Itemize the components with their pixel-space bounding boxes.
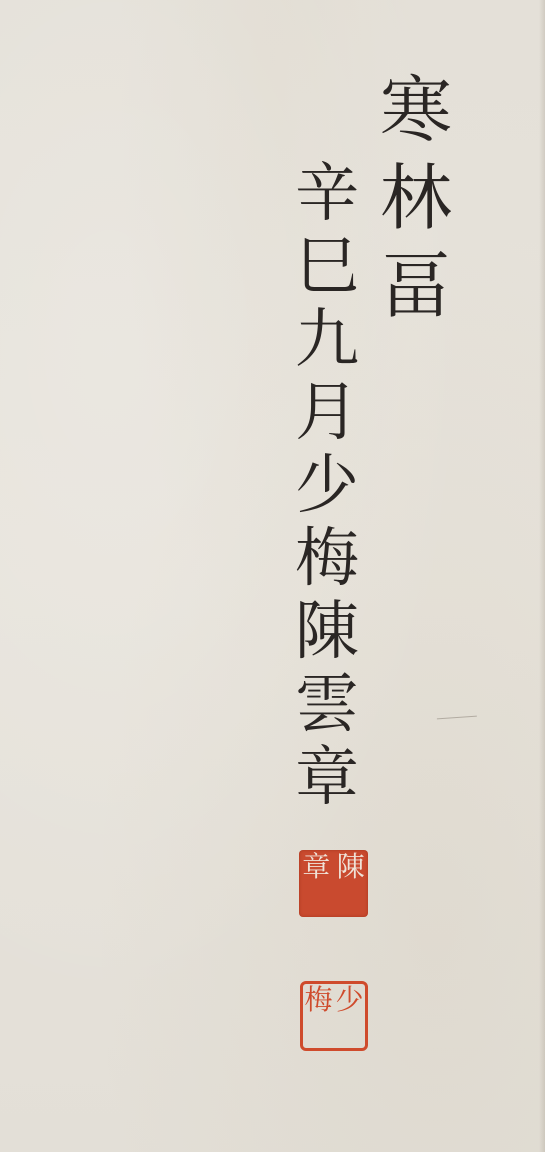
paper-edge-shadow — [539, 0, 545, 1152]
seal-char: 陳 — [334, 850, 369, 884]
seal-char — [334, 884, 369, 918]
seal-relief: 少 梅 — [300, 981, 368, 1051]
seal-char — [334, 1016, 365, 1048]
signature-char: 梅 — [295, 523, 359, 596]
signature-char: 九 — [295, 304, 359, 377]
signature-char: 雲 — [295, 669, 359, 742]
signature-char: 辛 — [295, 158, 359, 231]
seal-char: 梅 — [303, 984, 334, 1016]
title-char: 寒 — [380, 66, 452, 154]
seal-char — [303, 1016, 334, 1048]
seal-char — [299, 884, 334, 918]
signature-char: 月 — [295, 377, 359, 450]
seal-char: 章 — [299, 850, 334, 884]
title-char: 林 — [380, 154, 452, 242]
signature-char: 少 — [295, 450, 359, 523]
signature-char: 陳 — [295, 596, 359, 669]
signature-inscription-column: 辛 巳 九 月 少 梅 陳 雲 章 — [282, 158, 372, 815]
signature-char: 巳 — [295, 231, 359, 304]
title-inscription-column: 寒 林 畐 — [366, 66, 466, 330]
signature-char: 章 — [295, 742, 359, 815]
seal-char: 少 — [334, 984, 365, 1016]
seal-intaglio: 陳 章 — [299, 850, 368, 917]
title-char: 畐 — [380, 242, 452, 330]
